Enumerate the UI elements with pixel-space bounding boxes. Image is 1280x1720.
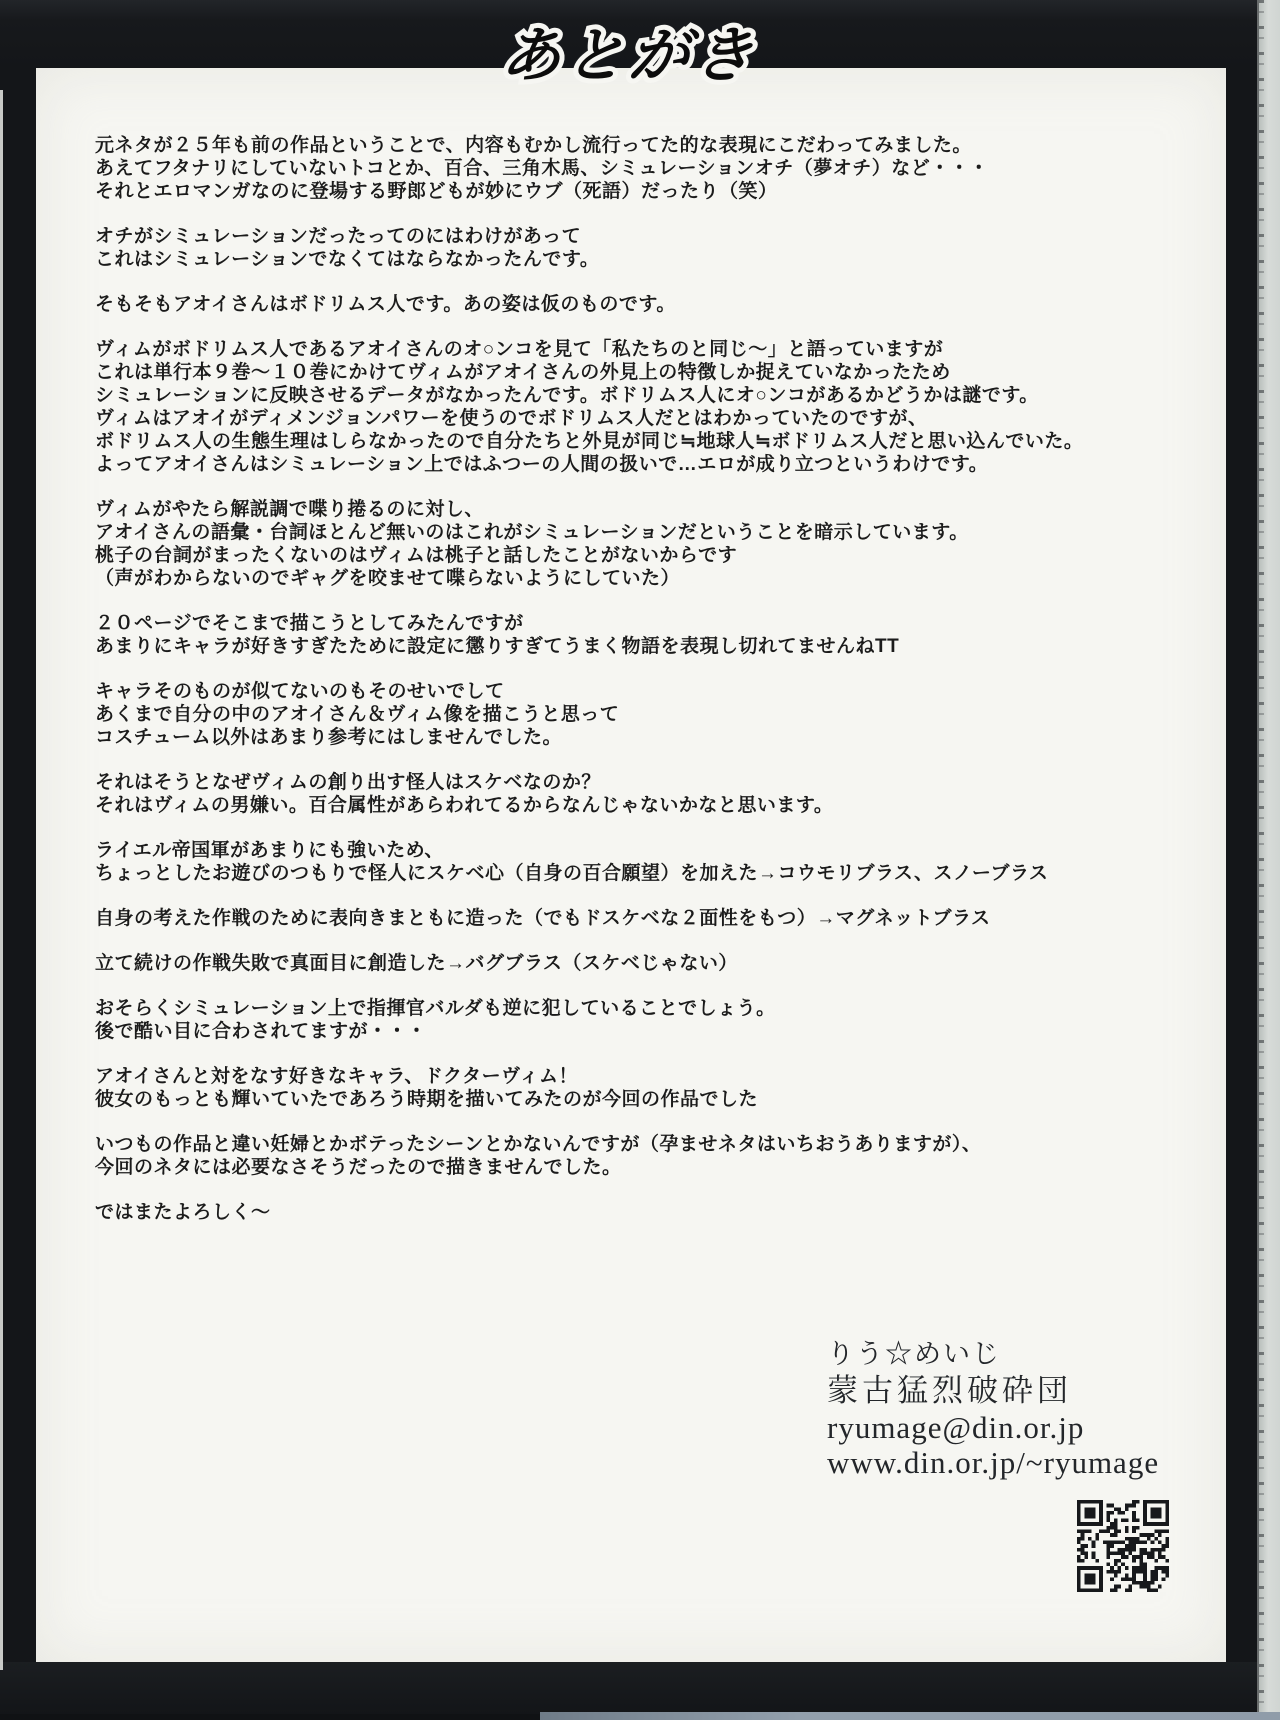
text-line: ヴィムはアオイがディメンジョンパワーを使うのでボドリムス人だとはわかっていたので… bbox=[95, 407, 1185, 430]
left-border bbox=[0, 0, 36, 1714]
text-line: キャラそのものが似てないのもそのせいでして bbox=[95, 680, 1185, 703]
right-border bbox=[1226, 0, 1258, 1714]
artist-name: りう☆めいじ bbox=[827, 1336, 1159, 1372]
text-line: そもそもアオイさんはボドリムス人です。あの姿は仮のものです。 bbox=[95, 293, 1185, 316]
text-line: ヴィムがやたら解説調で喋り捲るのに対し、 bbox=[95, 498, 1185, 521]
scanned-afterword-page: 元ネタが２５年も前の作品ということで、内容もむかし流行ってた的な表現にこだわって… bbox=[0, 0, 1280, 1720]
text-line: これは単行本９巻～１０巻にかけてヴィムがアオイさんの外見上の特徴しか捉えていなか… bbox=[95, 361, 1185, 384]
paragraph: ヴィムがボドリムス人であるアオイさんのオ○ンコを見て「私たちのと同じ～」と語って… bbox=[95, 338, 1185, 476]
text-line: これはシミュレーションでなくてはならなかったんです。 bbox=[95, 248, 1185, 271]
paper-edge-left bbox=[0, 90, 3, 1670]
paragraph: ヴィムがやたら解説調で喋り捲るのに対し、アオイさんの語彙・台詞ほとんど無いのはこ… bbox=[95, 498, 1185, 590]
scanner-strip-bottom bbox=[540, 1712, 1280, 1720]
paragraph: ではまたよろしく～ bbox=[95, 1201, 1185, 1224]
paragraph: 元ネタが２５年も前の作品ということで、内容もむかし流行ってた的な表現にこだわって… bbox=[95, 134, 1185, 203]
text-line: ２０ページでそこまで描こうとしてみたんですが bbox=[95, 612, 1185, 635]
bottom-border bbox=[0, 1662, 1258, 1714]
title-area: あとがき あとがき bbox=[0, 20, 1258, 92]
paper-edge-right bbox=[1257, 0, 1280, 1720]
text-line: アオイさんと対をなす好きなキャラ、ドクターヴィム！ bbox=[95, 1065, 1185, 1088]
text-line: ヴィムがボドリムス人であるアオイさんのオ○ンコを見て「私たちのと同じ～」と語って… bbox=[95, 338, 1185, 361]
circle-name: 蒙古猛烈破砕団 bbox=[827, 1372, 1159, 1410]
text-line: アオイさんの語彙・台詞ほとんど無いのはこれがシミュレーションだということを暗示し… bbox=[95, 521, 1185, 544]
paragraph: ライエル帝国軍があまりにも強いため、ちょっとしたお遊びのつもりで怪人にスケベ心（… bbox=[95, 839, 1185, 885]
text-line: 自身の考えた作戦のために表向きまともに造った（でもドスケベな２面性をもつ）→マグ… bbox=[95, 907, 1185, 930]
paragraph: いつもの作品と違い妊婦とかボテったシーンとかないんですが（孕ませネタはいちおうあ… bbox=[95, 1133, 1185, 1179]
page-title: あとがき あとがき bbox=[498, 20, 759, 92]
text-line: オチがシミュレーションだったってのにはわけがあって bbox=[95, 225, 1185, 248]
text-line: 元ネタが２５年も前の作品ということで、内容もむかし流行ってた的な表現にこだわって… bbox=[95, 134, 1185, 157]
text-line: コスチューム以外はあまり参考にはしませんでした。 bbox=[95, 726, 1185, 749]
text-line: ボドリムス人の生態生理はしらなかったので自分たちと外見が同じ≒地球人≒ボドリムス… bbox=[95, 430, 1185, 453]
text-line: よってアオイさんはシミュレーション上ではふつーの人間の扱いで…エロが成り立つとい… bbox=[95, 453, 1185, 476]
credits-block: りう☆めいじ 蒙古猛烈破砕団 ryumage@din.or.jp www.din… bbox=[827, 1336, 1159, 1480]
qr-code-icon bbox=[1077, 1500, 1169, 1592]
page-title-text: あとがき bbox=[499, 21, 760, 91]
paragraph: キャラそのものが似てないのもそのせいでしてあくまで自分の中のアオイさん＆ヴィム像… bbox=[95, 680, 1185, 749]
text-line: 桃子の台詞がまったくないのはヴィムは桃子と話したことがないからです bbox=[95, 544, 1185, 567]
text-line: ちょっとしたお遊びのつもりで怪人にスケベ心（自身の百合願望）を加えた→コウモリブ… bbox=[95, 862, 1185, 885]
text-line: それとエロマンガなのに登場する野郎どもが妙にウブ（死語）だったり（笑） bbox=[95, 180, 1185, 203]
email-address: ryumage@din.or.jp bbox=[827, 1410, 1159, 1445]
text-line: 今回のネタには必要なさそうだったので描きませんでした。 bbox=[95, 1156, 1185, 1179]
paragraph: 自身の考えた作戦のために表向きまともに造った（でもドスケベな２面性をもつ）→マグ… bbox=[95, 907, 1185, 930]
paragraph: そもそもアオイさんはボドリムス人です。あの姿は仮のものです。 bbox=[95, 293, 1185, 316]
text-line: 後で酷い目に合わされてますが・・・ bbox=[95, 1020, 1185, 1043]
text-line: あくまで自分の中のアオイさん＆ヴィム像を描こうと思って bbox=[95, 703, 1185, 726]
text-line: ではまたよろしく～ bbox=[95, 1201, 1185, 1224]
text-line: それはそうとなぜヴィムの創り出す怪人はスケベなのか？ bbox=[95, 771, 1185, 794]
text-line: あえてフタナリにしていないトコとか、百合、三角木馬、シミュレーションオチ（夢オチ… bbox=[95, 157, 1185, 180]
text-line: （声がわからないのでギャグを咬ませて喋らないようにしていた） bbox=[95, 567, 1185, 590]
text-line: おそらくシミュレーション上で指揮官バルダも逆に犯していることでしょう。 bbox=[95, 997, 1185, 1020]
website-url: www.din.or.jp/~ryumage bbox=[827, 1445, 1159, 1480]
text-line: 立て続けの作戦失敗で真面目に創造した→バグブラス（スケベじゃない） bbox=[95, 952, 1185, 975]
paragraph: アオイさんと対をなす好きなキャラ、ドクターヴィム！彼女のもっとも輝いていたであろ… bbox=[95, 1065, 1185, 1111]
text-line: ライエル帝国軍があまりにも強いため、 bbox=[95, 839, 1185, 862]
afterword-body-text: 元ネタが２５年も前の作品ということで、内容もむかし流行ってた的な表現にこだわって… bbox=[95, 134, 1185, 1246]
paper-page: 元ネタが２５年も前の作品ということで、内容もむかし流行ってた的な表現にこだわって… bbox=[36, 68, 1226, 1662]
paragraph: 立て続けの作戦失敗で真面目に創造した→バグブラス（スケベじゃない） bbox=[95, 952, 1185, 975]
text-line: シミュレーションに反映させるデータがなかったんです。ボドリムス人にオ○ンコがある… bbox=[95, 384, 1185, 407]
text-line: あまりにキャラが好きすぎたために設定に懲りすぎてうまく物語を表現し切れてませんね… bbox=[95, 635, 1185, 658]
text-line: いつもの作品と違い妊婦とかボテったシーンとかないんですが（孕ませネタはいちおうあ… bbox=[95, 1133, 1185, 1156]
text-line: それはヴィムの男嫌い。百合属性があらわれてるからなんじゃないかなと思います。 bbox=[95, 794, 1185, 817]
paragraph: おそらくシミュレーション上で指揮官バルダも逆に犯していることでしょう。後で酷い目… bbox=[95, 997, 1185, 1043]
paragraph: ２０ページでそこまで描こうとしてみたんですがあまりにキャラが好きすぎたために設定… bbox=[95, 612, 1185, 658]
paragraph: それはそうとなぜヴィムの創り出す怪人はスケベなのか？それはヴィムの男嫌い。百合属… bbox=[95, 771, 1185, 817]
text-line: 彼女のもっとも輝いていたであろう時期を描いてみたのが今回の作品でした bbox=[95, 1088, 1185, 1111]
paragraph: オチがシミュレーションだったってのにはわけがあってこれはシミュレーションでなくて… bbox=[95, 225, 1185, 271]
